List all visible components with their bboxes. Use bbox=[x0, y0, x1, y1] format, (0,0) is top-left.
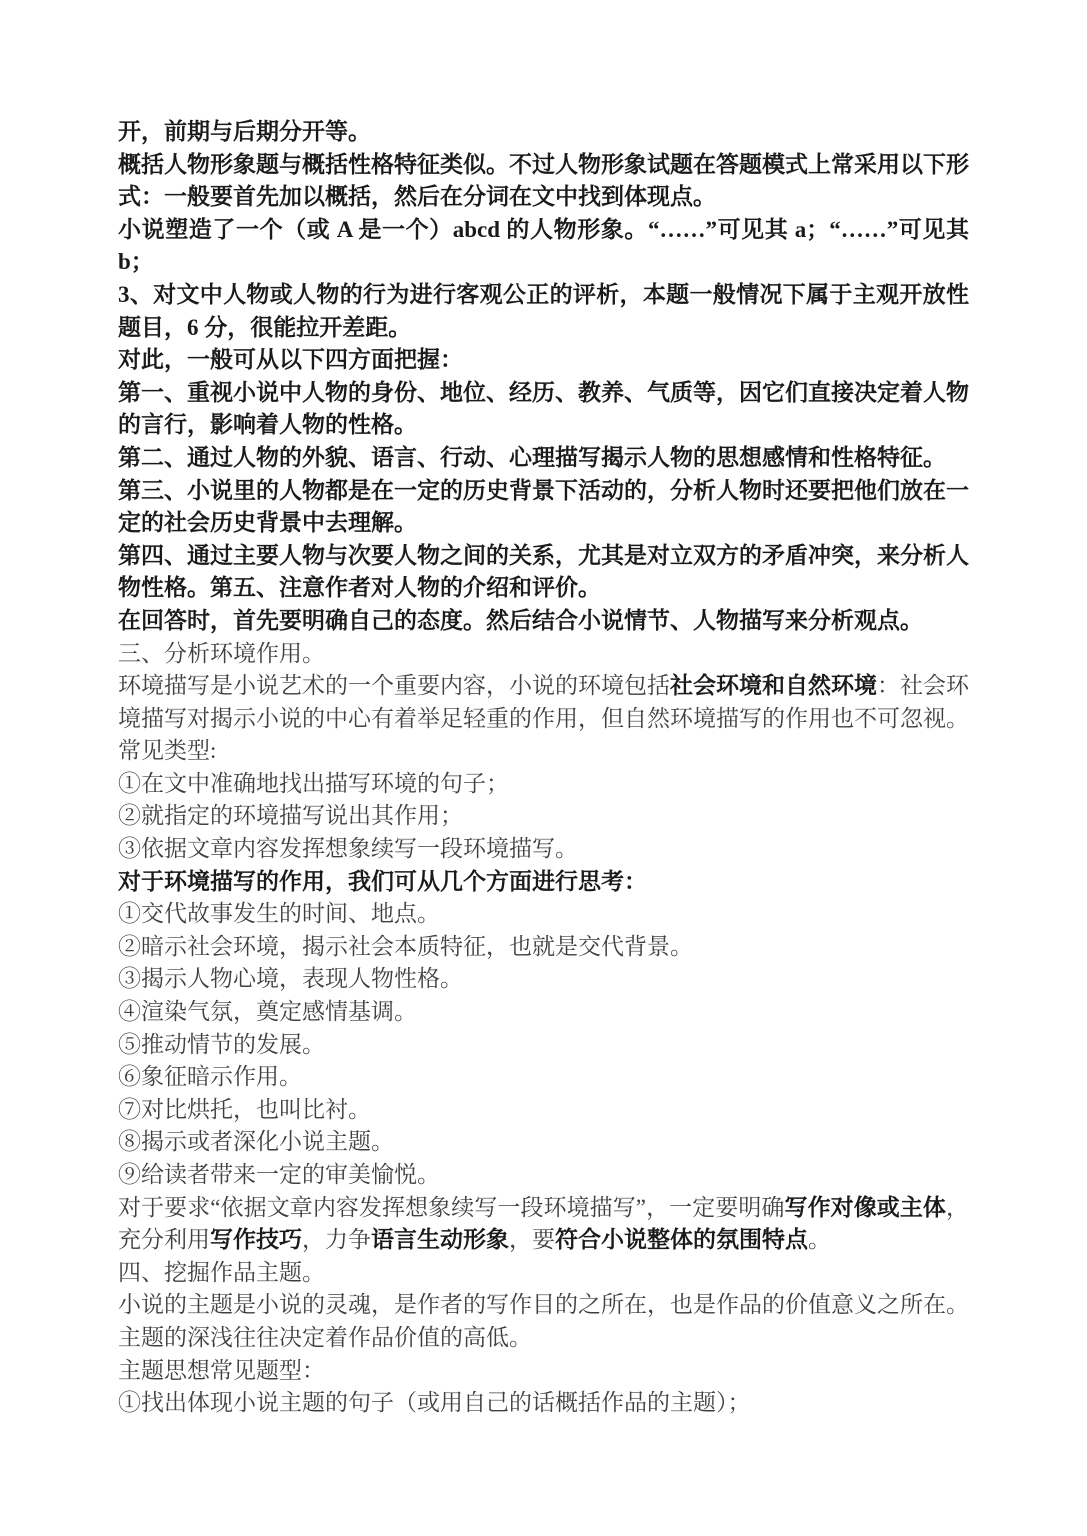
text-run: 小说的主题是小说的灵魂，是作者的写作目的之所在，也是作品的价值意义之所在。主题的… bbox=[118, 1292, 969, 1350]
emphasis-text: 第三、小说里的人物都是在一定的历史背景下活动的，分析人物时还要把他们放在一定的社… bbox=[118, 478, 969, 536]
paragraph-8: 第三、小说里的人物都是在一定的历史背景下活动的，分析人物时还要把他们放在一定的社… bbox=[118, 475, 969, 540]
paragraph-18: ②暗示社会环境，揭示社会本质特征，也就是交代背景。 bbox=[118, 931, 969, 964]
paragraph-15: ③依据文章内容发挥想象续写一段环境描写。 bbox=[118, 833, 969, 866]
emphasis-text: 概括人物形象题与概括性格特征类似。不过人物形象试题在答题模式上常采用以下形式：一… bbox=[118, 152, 969, 210]
paragraph-2: 概括人物形象题与概括性格特征类似。不过人物形象试题在答题模式上常采用以下形式：一… bbox=[118, 149, 969, 214]
emphasis-text: 写作技巧 bbox=[210, 1227, 302, 1252]
text-run: ⑦对比烘托，也叫比衬。 bbox=[118, 1097, 371, 1122]
paragraph-11: 三、分析环境作用。 bbox=[118, 638, 969, 671]
paragraph-13: ①在文中准确地找出描写环境的句子； bbox=[118, 768, 969, 801]
paragraph-26: 对于要求“依据文章内容发挥想象续写一段环境描写”，一定要明确写作对像或主体，充分… bbox=[118, 1192, 969, 1257]
document-page: 开，前期与后期分开等。概括人物形象题与概括性格特征类似。不过人物形象试题在答题模… bbox=[0, 0, 1087, 1536]
text-run: ②暗示社会环境，揭示社会本质特征，也就是交代背景。 bbox=[118, 934, 693, 959]
paragraph-20: ④渲染气氛，奠定感情基调。 bbox=[118, 996, 969, 1029]
text-run: ③揭示人物心境，表现人物性格。 bbox=[118, 966, 463, 991]
text-run: 。 bbox=[808, 1227, 831, 1252]
emphasis-text: 对于环境描写的作用，我们可从几个方面进行思考： bbox=[118, 869, 647, 894]
emphasis-text: 第四、通过主要人物与次要人物之间的关系，尤其是对立双方的矛盾冲突，来分析人物性格… bbox=[118, 543, 969, 601]
paragraph-19: ③揭示人物心境，表现人物性格。 bbox=[118, 963, 969, 996]
emphasis-text: 在回答时，首先要明确自己的态度。然后结合小说情节、人物描写来分析观点。 bbox=[118, 608, 923, 633]
emphasis-text: 对此，一般可从以下四方面把握： bbox=[118, 347, 463, 372]
document-body: 开，前期与后期分开等。概括人物形象题与概括性格特征类似。不过人物形象试题在答题模… bbox=[118, 116, 969, 1420]
text-run: ⑥象征暗示作用。 bbox=[118, 1064, 302, 1089]
paragraph-5: 对此，一般可从以下四方面把握： bbox=[118, 344, 969, 377]
text-run: ③依据文章内容发挥想象续写一段环境描写。 bbox=[118, 836, 578, 861]
paragraph-23: ⑦对比烘托，也叫比衬。 bbox=[118, 1094, 969, 1127]
emphasis-text: 小说塑造了一个（或 A 是一个）abcd 的人物形象。“……”可见其 a；“……… bbox=[118, 217, 969, 275]
paragraph-29: 主题思想常见题型： bbox=[118, 1355, 969, 1388]
paragraph-17: ①交代故事发生的时间、地点。 bbox=[118, 898, 969, 931]
text-run: 三、分析环境作用。 bbox=[118, 641, 325, 666]
paragraph-21: ⑤推动情节的发展。 bbox=[118, 1029, 969, 1062]
emphasis-text: 第二、通过人物的外貌、语言、行动、心理描写揭示人物的思想感情和性格特征。 bbox=[118, 445, 946, 470]
text-run: ②就指定的环境描写说出其作用； bbox=[118, 803, 463, 828]
text-run: 环境描写是小说艺术的一个重要内容，小说的环境包括 bbox=[118, 673, 670, 698]
emphasis-text: 语言生动形象 bbox=[371, 1227, 509, 1252]
emphasis-text: 符合小说整体的氛围特点 bbox=[555, 1227, 808, 1252]
paragraph-27: 四、挖掘作品主题。 bbox=[118, 1257, 969, 1290]
paragraph-12: 环境描写是小说艺术的一个重要内容，小说的环境包括社会环境和自然环境：社会环境描写… bbox=[118, 670, 969, 768]
text-run: ①找出体现小说主题的句子（或用自己的话概括作品的主题）； bbox=[118, 1390, 751, 1415]
emphasis-text: 开，前期与后期分开等。 bbox=[118, 119, 371, 144]
paragraph-30: ①找出体现小说主题的句子（或用自己的话概括作品的主题）； bbox=[118, 1387, 969, 1420]
paragraph-9: 第四、通过主要人物与次要人物之间的关系，尤其是对立双方的矛盾冲突，来分析人物性格… bbox=[118, 540, 969, 605]
text-run: 主题思想常见题型： bbox=[118, 1358, 325, 1383]
paragraph-16: 对于环境描写的作用，我们可从几个方面进行思考： bbox=[118, 866, 969, 899]
paragraph-22: ⑥象征暗示作用。 bbox=[118, 1061, 969, 1094]
paragraph-25: ⑨给读者带来一定的审美愉悦。 bbox=[118, 1159, 969, 1192]
paragraph-4: 3、对文中人物或人物的行为进行客观公正的评析，本题一般情况下属于主观开放性题目，… bbox=[118, 279, 969, 344]
text-run: ①在文中准确地找出描写环境的句子； bbox=[118, 771, 509, 796]
text-run: ，力争 bbox=[302, 1227, 371, 1252]
paragraph-14: ②就指定的环境描写说出其作用； bbox=[118, 800, 969, 833]
paragraph-7: 第二、通过人物的外貌、语言、行动、心理描写揭示人物的思想感情和性格特征。 bbox=[118, 442, 969, 475]
emphasis-text: 3、对文中人物或人物的行为进行客观公正的评析，本题一般情况下属于主观开放性题目，… bbox=[118, 282, 969, 340]
text-run: ④渲染气氛，奠定感情基调。 bbox=[118, 999, 417, 1024]
text-run: ①交代故事发生的时间、地点。 bbox=[118, 901, 440, 926]
emphasis-text: 写作对像或主体 bbox=[785, 1195, 947, 1220]
text-run: ⑤推动情节的发展。 bbox=[118, 1032, 325, 1057]
text-run: ⑧揭示或者深化小说主题。 bbox=[118, 1129, 394, 1154]
text-run: 对于要求“依据文章内容发挥想象续写一段环境描写”，一定要明确 bbox=[118, 1195, 785, 1220]
paragraph-6: 第一、重视小说中人物的身份、地位、经历、教养、气质等，因它们直接决定着人物的言行… bbox=[118, 377, 969, 442]
text-run: ，要 bbox=[509, 1227, 555, 1252]
text-run: 四、挖掘作品主题。 bbox=[118, 1260, 325, 1285]
paragraph-28: 小说的主题是小说的灵魂，是作者的写作目的之所在，也是作品的价值意义之所在。主题的… bbox=[118, 1289, 969, 1354]
emphasis-text: 社会环境和自然环境 bbox=[670, 673, 877, 698]
paragraph-10: 在回答时，首先要明确自己的态度。然后结合小说情节、人物描写来分析观点。 bbox=[118, 605, 969, 638]
paragraph-3: 小说塑造了一个（或 A 是一个）abcd 的人物形象。“……”可见其 a；“……… bbox=[118, 214, 969, 279]
paragraph-1: 开，前期与后期分开等。 bbox=[118, 116, 969, 149]
emphasis-text: 第一、重视小说中人物的身份、地位、经历、教养、气质等，因它们直接决定着人物的言行… bbox=[118, 380, 969, 438]
text-run: ⑨给读者带来一定的审美愉悦。 bbox=[118, 1162, 440, 1187]
paragraph-24: ⑧揭示或者深化小说主题。 bbox=[118, 1126, 969, 1159]
